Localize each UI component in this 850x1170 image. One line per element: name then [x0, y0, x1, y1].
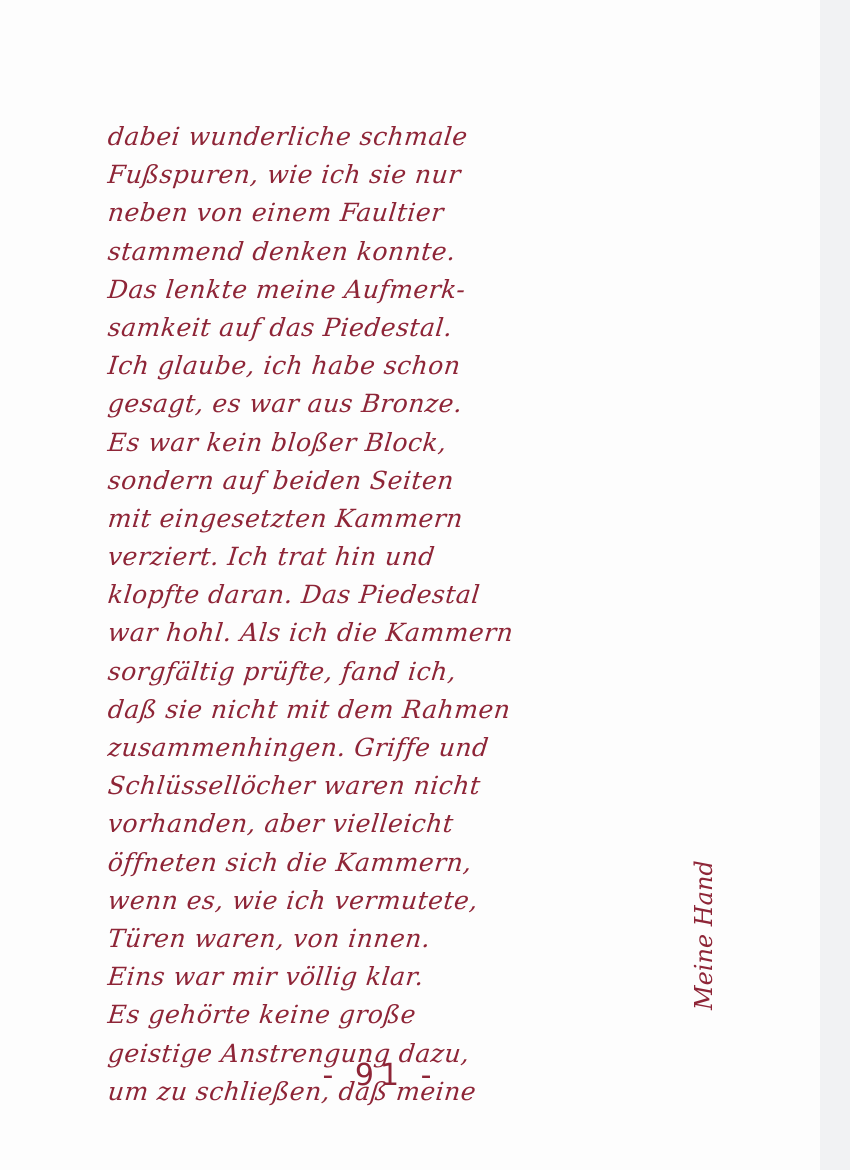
text-line: Fußspuren, wie ich sie nur	[106, 156, 720, 194]
text-line: neben von einem Faultier	[106, 194, 720, 232]
text-line: klopfte daran. Das Piedestal	[106, 576, 720, 614]
text-line: sorgfältig prüfte, fand ich,	[106, 653, 720, 691]
manuscript-page: dabei wunderliche schmale Fußspuren, wie…	[0, 0, 821, 1170]
text-line: gesagt, es war aus Bronze.	[106, 385, 720, 423]
page-number: - 91 -	[300, 1058, 460, 1093]
scan-edge	[820, 0, 850, 1170]
text-line: Ich glaube, ich habe schon	[106, 347, 720, 385]
text-line: Das lenkte meine Aufmerk-	[106, 271, 720, 309]
text-line: wenn es, wie ich vermutete,	[106, 882, 720, 920]
text-line: sondern auf beiden Seiten	[106, 462, 720, 500]
text-line: vorhanden, aber vielleicht	[106, 805, 720, 843]
text-line: dabei wunderliche schmale	[106, 118, 720, 156]
handwritten-text-block: dabei wunderliche schmale Fußspuren, wie…	[108, 118, 718, 1111]
text-line: verziert. Ich trat hin und	[106, 538, 720, 576]
text-line: Schlüssellöcher waren nicht	[106, 767, 720, 805]
text-line: Türen waren, von innen.	[106, 920, 720, 958]
text-line: öffneten sich die Kammern,	[106, 844, 720, 882]
text-line: stammend denken konnte.	[106, 233, 720, 271]
text-line: Es war kein bloßer Block,	[106, 424, 720, 462]
text-line: daß sie nicht mit dem Rahmen	[106, 691, 720, 729]
margin-note: Meine Hand	[690, 860, 718, 1010]
text-line: Es gehörte keine große	[106, 996, 720, 1034]
text-line: zusammenhingen. Griffe und	[106, 729, 720, 767]
text-line: mit eingesetzten Kammern	[106, 500, 720, 538]
text-line: war hohl. Als ich die Kammern	[106, 614, 720, 652]
text-line: samkeit auf das Piedestal.	[106, 309, 720, 347]
text-line: Eins war mir völlig klar.	[106, 958, 720, 996]
